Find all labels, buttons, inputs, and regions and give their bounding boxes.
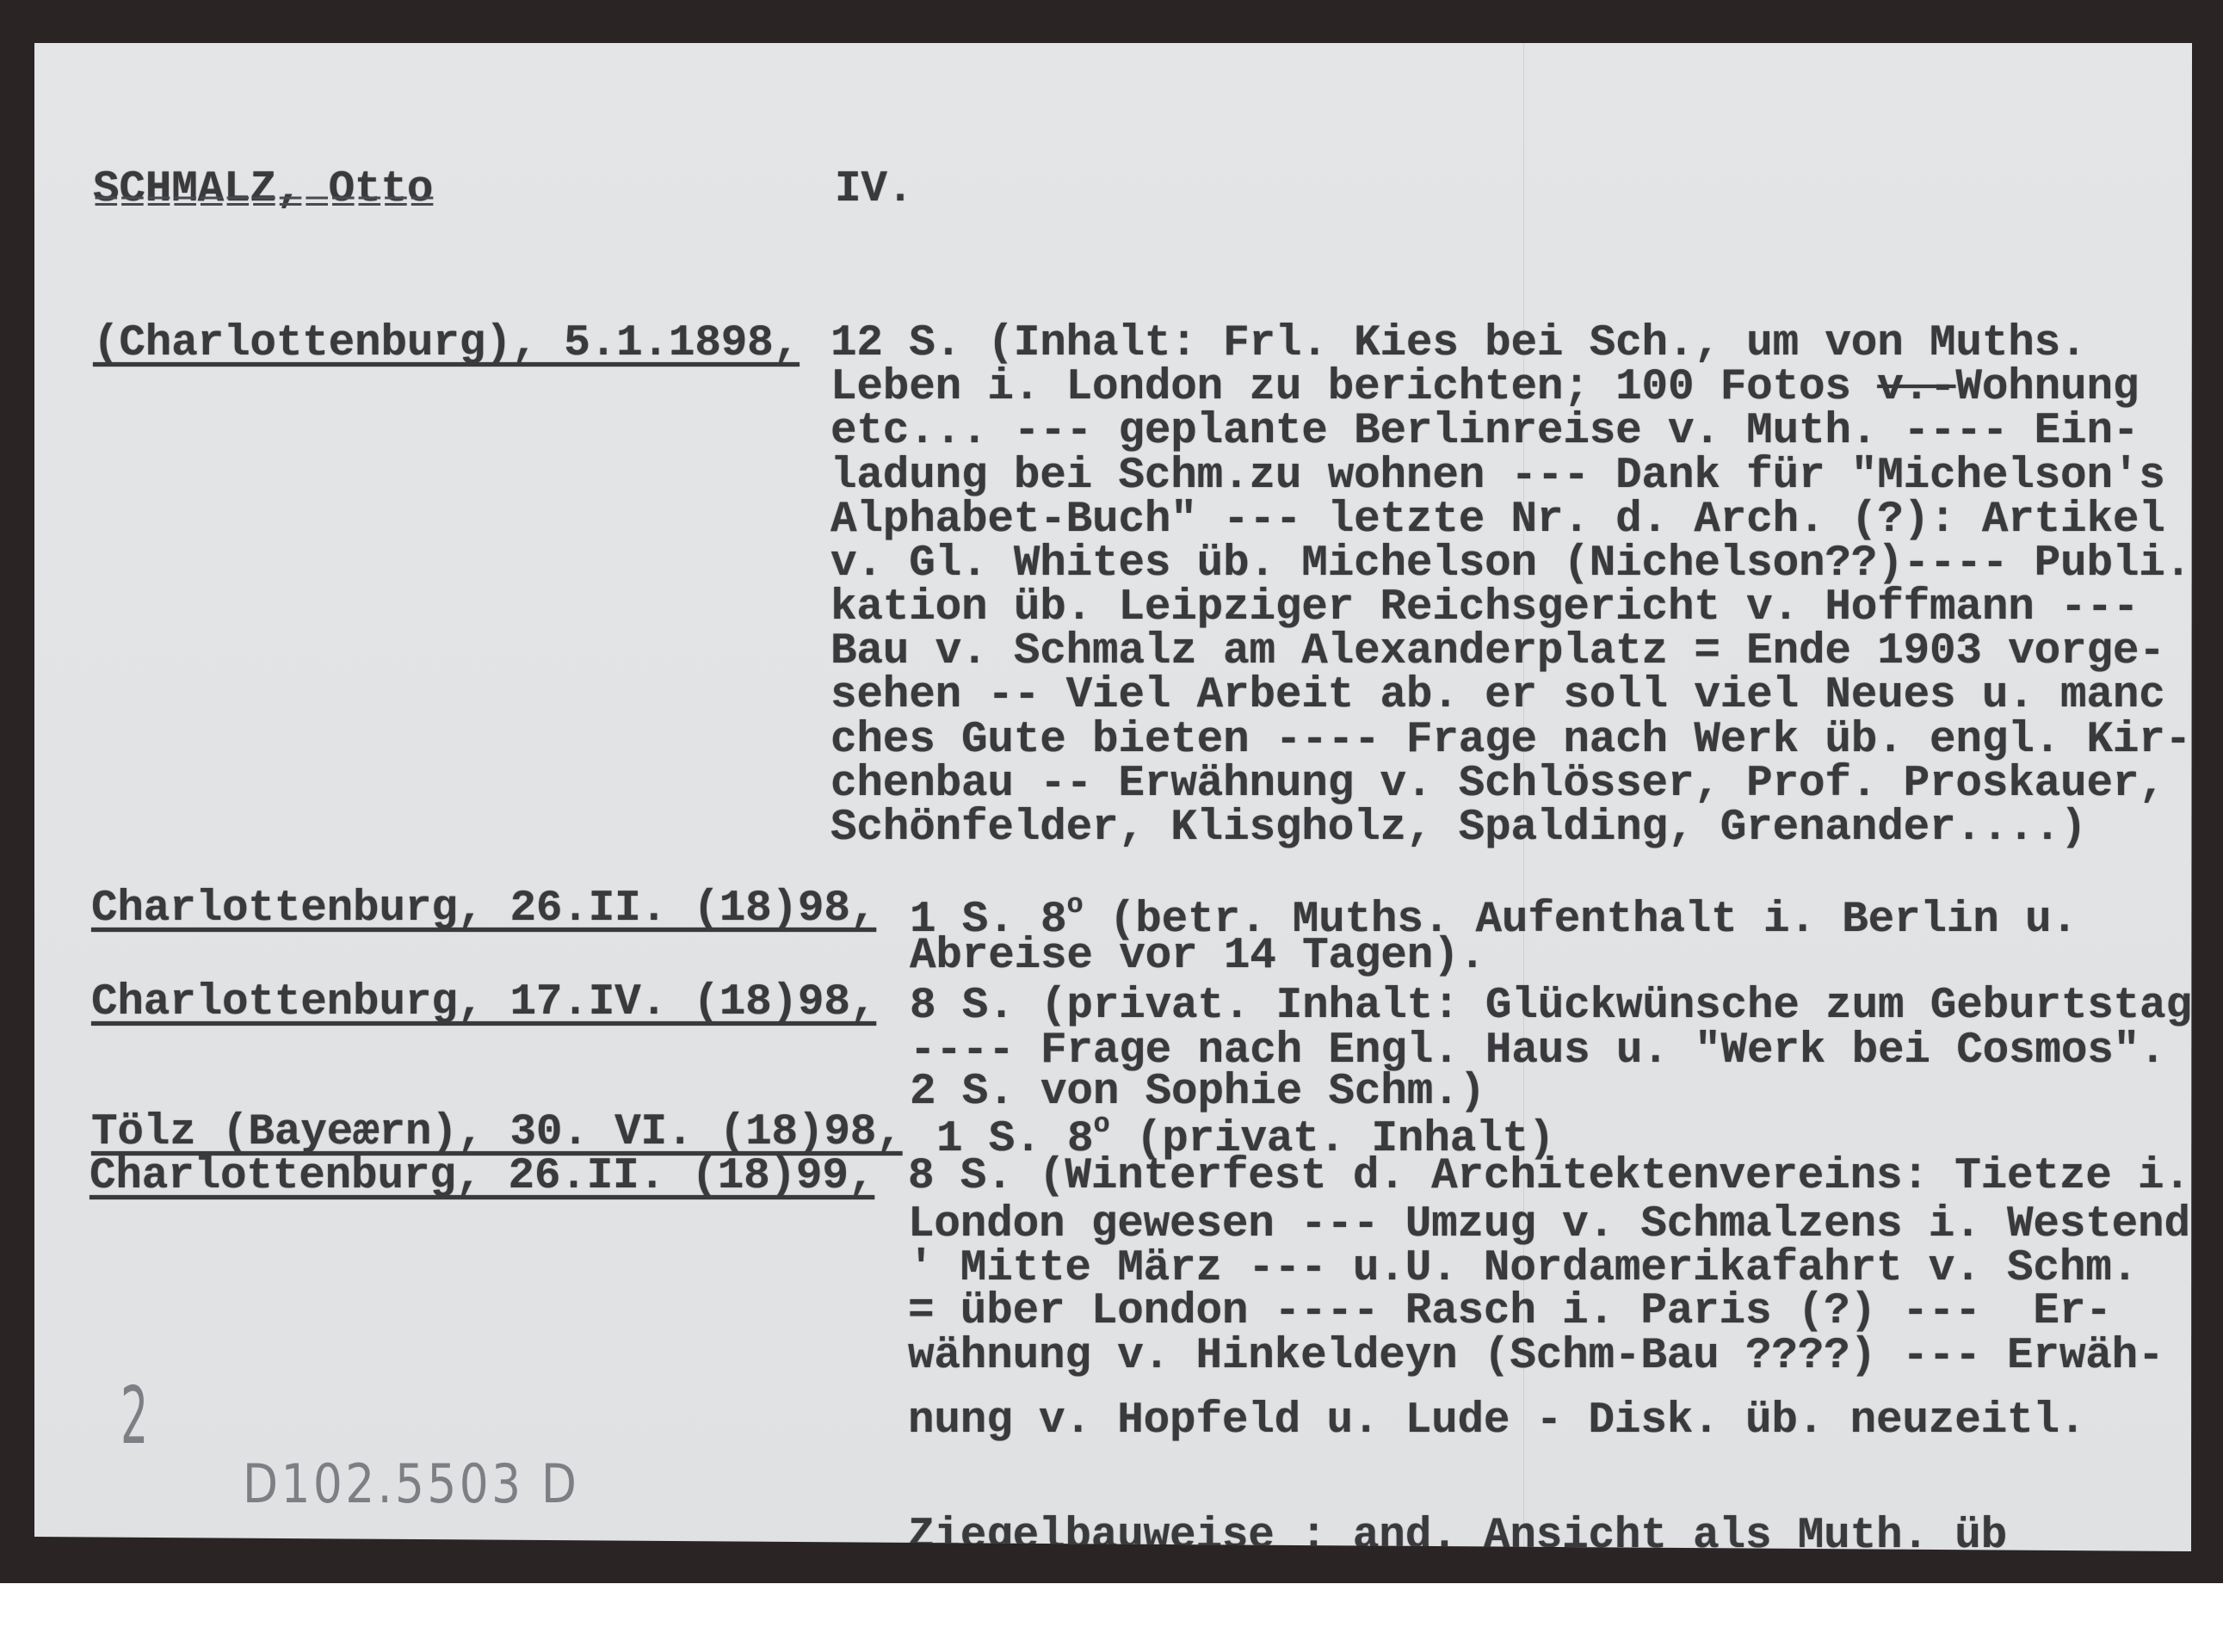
entry-5-line: wähnung v. Hinkeldeyn (Schm-Bau ????) --… [908, 1335, 2164, 1378]
entry-1-line: Leben i. London zu berichten; 100 Fotos … [831, 366, 2139, 410]
entry-3-line: 8 S. (privat. Inhalt: Glückwünsche zum G… [910, 984, 2192, 1028]
typed-text: wähnung v. Hinkeldeyn (Schm-Bau ????) --… [908, 1332, 2164, 1381]
entry-2-line: Abreise vor 14 Tagen). [910, 934, 1485, 978]
typed-text: Leben i. London zu berichten; 100 Fotos [831, 363, 1877, 412]
index-card: SCHMALZ, Otto ============= IV. (Charlot… [0, 0, 2223, 1583]
typed-text: Wohnung [1955, 363, 2139, 412]
entry-1-date-label: (Charlottenburg), 5.1.1898, [93, 322, 800, 366]
entry-1-line: kation üb. Leipziger Reichsgericht v. Ho… [831, 586, 2139, 630]
superscript: o [1093, 1108, 1109, 1140]
entry-1-line: ches Gute bieten ---- Frage nach Werk üb… [831, 718, 2191, 762]
entry-5-line: London gewesen --- Umzug v. Schmalzens i… [908, 1203, 2190, 1247]
entry-5-date-label: Charlottenburg, 26.II. (18)99, [90, 1155, 874, 1199]
typed-text: ladung bei Schm.zu wohnen --- Dank für "… [831, 452, 2165, 501]
entry-1-line: etc... --- geplante Berlinreise v. Muth.… [831, 410, 2139, 453]
typed-text: Abreise vor 14 Tagen). [910, 932, 1485, 981]
typed-text: etc... --- geplante Berlinreise v. Muth.… [831, 407, 2139, 456]
handwritten-archive-code: D102.5503 D [243, 1452, 579, 1515]
typed-text: 8 S. (privat. Inhalt: Glückwünsche zum G… [910, 982, 2192, 1031]
entry-1-line: chenbau -- Erwähnung v. Schlösser, Prof.… [831, 762, 2165, 806]
handwritten-page-number: 2 [120, 1370, 148, 1462]
entry-5-line: ' Mitte März --- u.U. Nordamerikafahrt v… [908, 1247, 2138, 1291]
entry-5-line: nung v. Hopfeld u. Lude - Disk. üb. neuz… [908, 1399, 2085, 1443]
entry-3-line: 2 S. von Sophie Schm.) [910, 1070, 1485, 1114]
name-double-underline: ============= [93, 191, 435, 215]
typed-text: v. Gl. Whites üb. Michelson (Nichelson??… [831, 539, 2191, 589]
entry-1-line: ladung bei Schm.zu wohnen --- Dank für "… [831, 454, 2165, 498]
entry-1-line: sehen -- Viel Arbeit ab. er soll viel Ne… [831, 674, 2165, 718]
section-number: IV. [835, 168, 913, 212]
entry-1-line: 12 S. (Inhalt: Frl. Kies bei Sch., um vo… [831, 322, 2086, 366]
typed-text: sehen -- Viel Arbeit ab. er soll viel Ne… [831, 671, 2165, 720]
superscript: o [1066, 889, 1083, 921]
typed-text: Bau v. Schmalz am Alexanderplatz = Ende … [831, 627, 2165, 676]
entry-1-line: Schönfelder, Klisgholz, Spalding, Grenan… [831, 806, 2086, 850]
entry-4-date-label: Tölz (Bayeærn), 30. VI. (18)98, [91, 1111, 903, 1155]
typed-text: ches Gute bieten ---- Frage nach Werk üb… [831, 716, 2191, 765]
struck-text: v.- [1877, 363, 1955, 412]
entry-5-line: = über London ---- Rasch i. Paris (?) --… [908, 1290, 2112, 1334]
typed-text: nung v. Hopfeld u. Lude - Disk. üb. neuz… [908, 1396, 2085, 1445]
typed-text: kation üb. Leipziger Reichsgericht v. Ho… [831, 583, 2139, 632]
typed-text: 2 S. von Sophie Schm.) [910, 1068, 1485, 1117]
entry-3-line: ---- Frage nach Engl. Haus u. "Werk bei … [910, 1029, 2165, 1073]
typed-text: Schönfelder, Klisgholz, Spalding, Grenan… [831, 804, 2086, 853]
entry-1-line: Bau v. Schmalz am Alexanderplatz = Ende … [831, 630, 2165, 674]
entry-2-date-label: Charlottenburg, 26.II. (18)98, [91, 887, 876, 931]
typed-text: Alphabet-Buch" --- letzte Nr. d. Arch. (… [831, 496, 2165, 545]
entry-1-line: v. Gl. Whites üb. Michelson (Nichelson??… [831, 542, 2191, 586]
typed-text: = über London ---- Rasch i. Paris (?) --… [908, 1287, 2112, 1336]
typed-text: chenbau -- Erwähnung v. Schlösser, Prof.… [831, 760, 2165, 809]
typed-text: London gewesen --- Umzug v. Schmalzens i… [908, 1200, 2190, 1249]
entry-1-line: Alphabet-Buch" --- letzte Nr. d. Arch. (… [831, 498, 2165, 542]
entry-5-line: 8 S. (Winterfest d. Architektenvereins: … [908, 1155, 2190, 1199]
typed-text: 8 S. (Winterfest d. Architektenvereins: … [908, 1152, 2190, 1201]
entry-3-date-label: Charlottenburg, 17.IV. (18)98, [91, 981, 876, 1025]
typed-text: 12 S. (Inhalt: Frl. Kies bei Sch., um vo… [831, 319, 2086, 368]
typed-text: ' Mitte März --- u.U. Nordamerikafahrt v… [908, 1244, 2138, 1293]
